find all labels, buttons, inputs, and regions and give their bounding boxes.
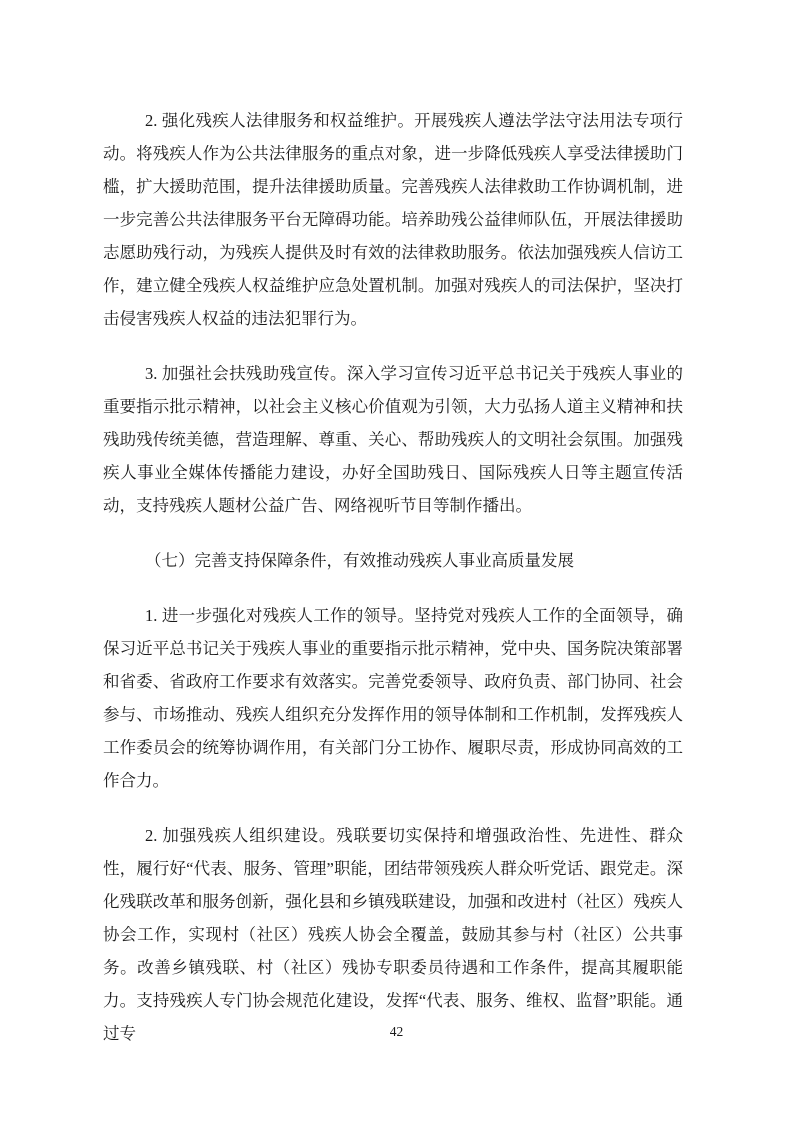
paragraph-social-publicity: 3. 加强社会扶残助残宣传。深入学习宣传习近平总书记关于残疾人事业的重要指示批示… [103, 357, 683, 522]
document-page: 2. 强化残疾人法律服务和权益维护。开展残疾人遵法学法守法用法专项行动。将残疾人… [0, 0, 793, 1122]
paragraph-organization-building: 2. 加强残疾人组织建设。残联要切实保持和增强政治性、先进性、群众性，履行好“代… [103, 819, 683, 1050]
paragraph-legal-services-rights: 2. 强化残疾人法律服务和权益维护。开展残疾人遵法学法守法用法专项行动。将残疾人… [103, 104, 683, 335]
document-content: 2. 强化残疾人法律服务和权益维护。开展残疾人遵法学法守法用法专项行动。将残疾人… [103, 104, 683, 1072]
page-number: 42 [0, 1024, 793, 1040]
section-heading: （七）完善支持保障条件，有效推动残疾人事业高质量发展 [103, 544, 683, 577]
paragraph-strengthen-leadership: 1. 进一步强化对残疾人工作的领导。坚持党对残疾人工作的全面领导，确保习近平总书… [103, 599, 683, 797]
